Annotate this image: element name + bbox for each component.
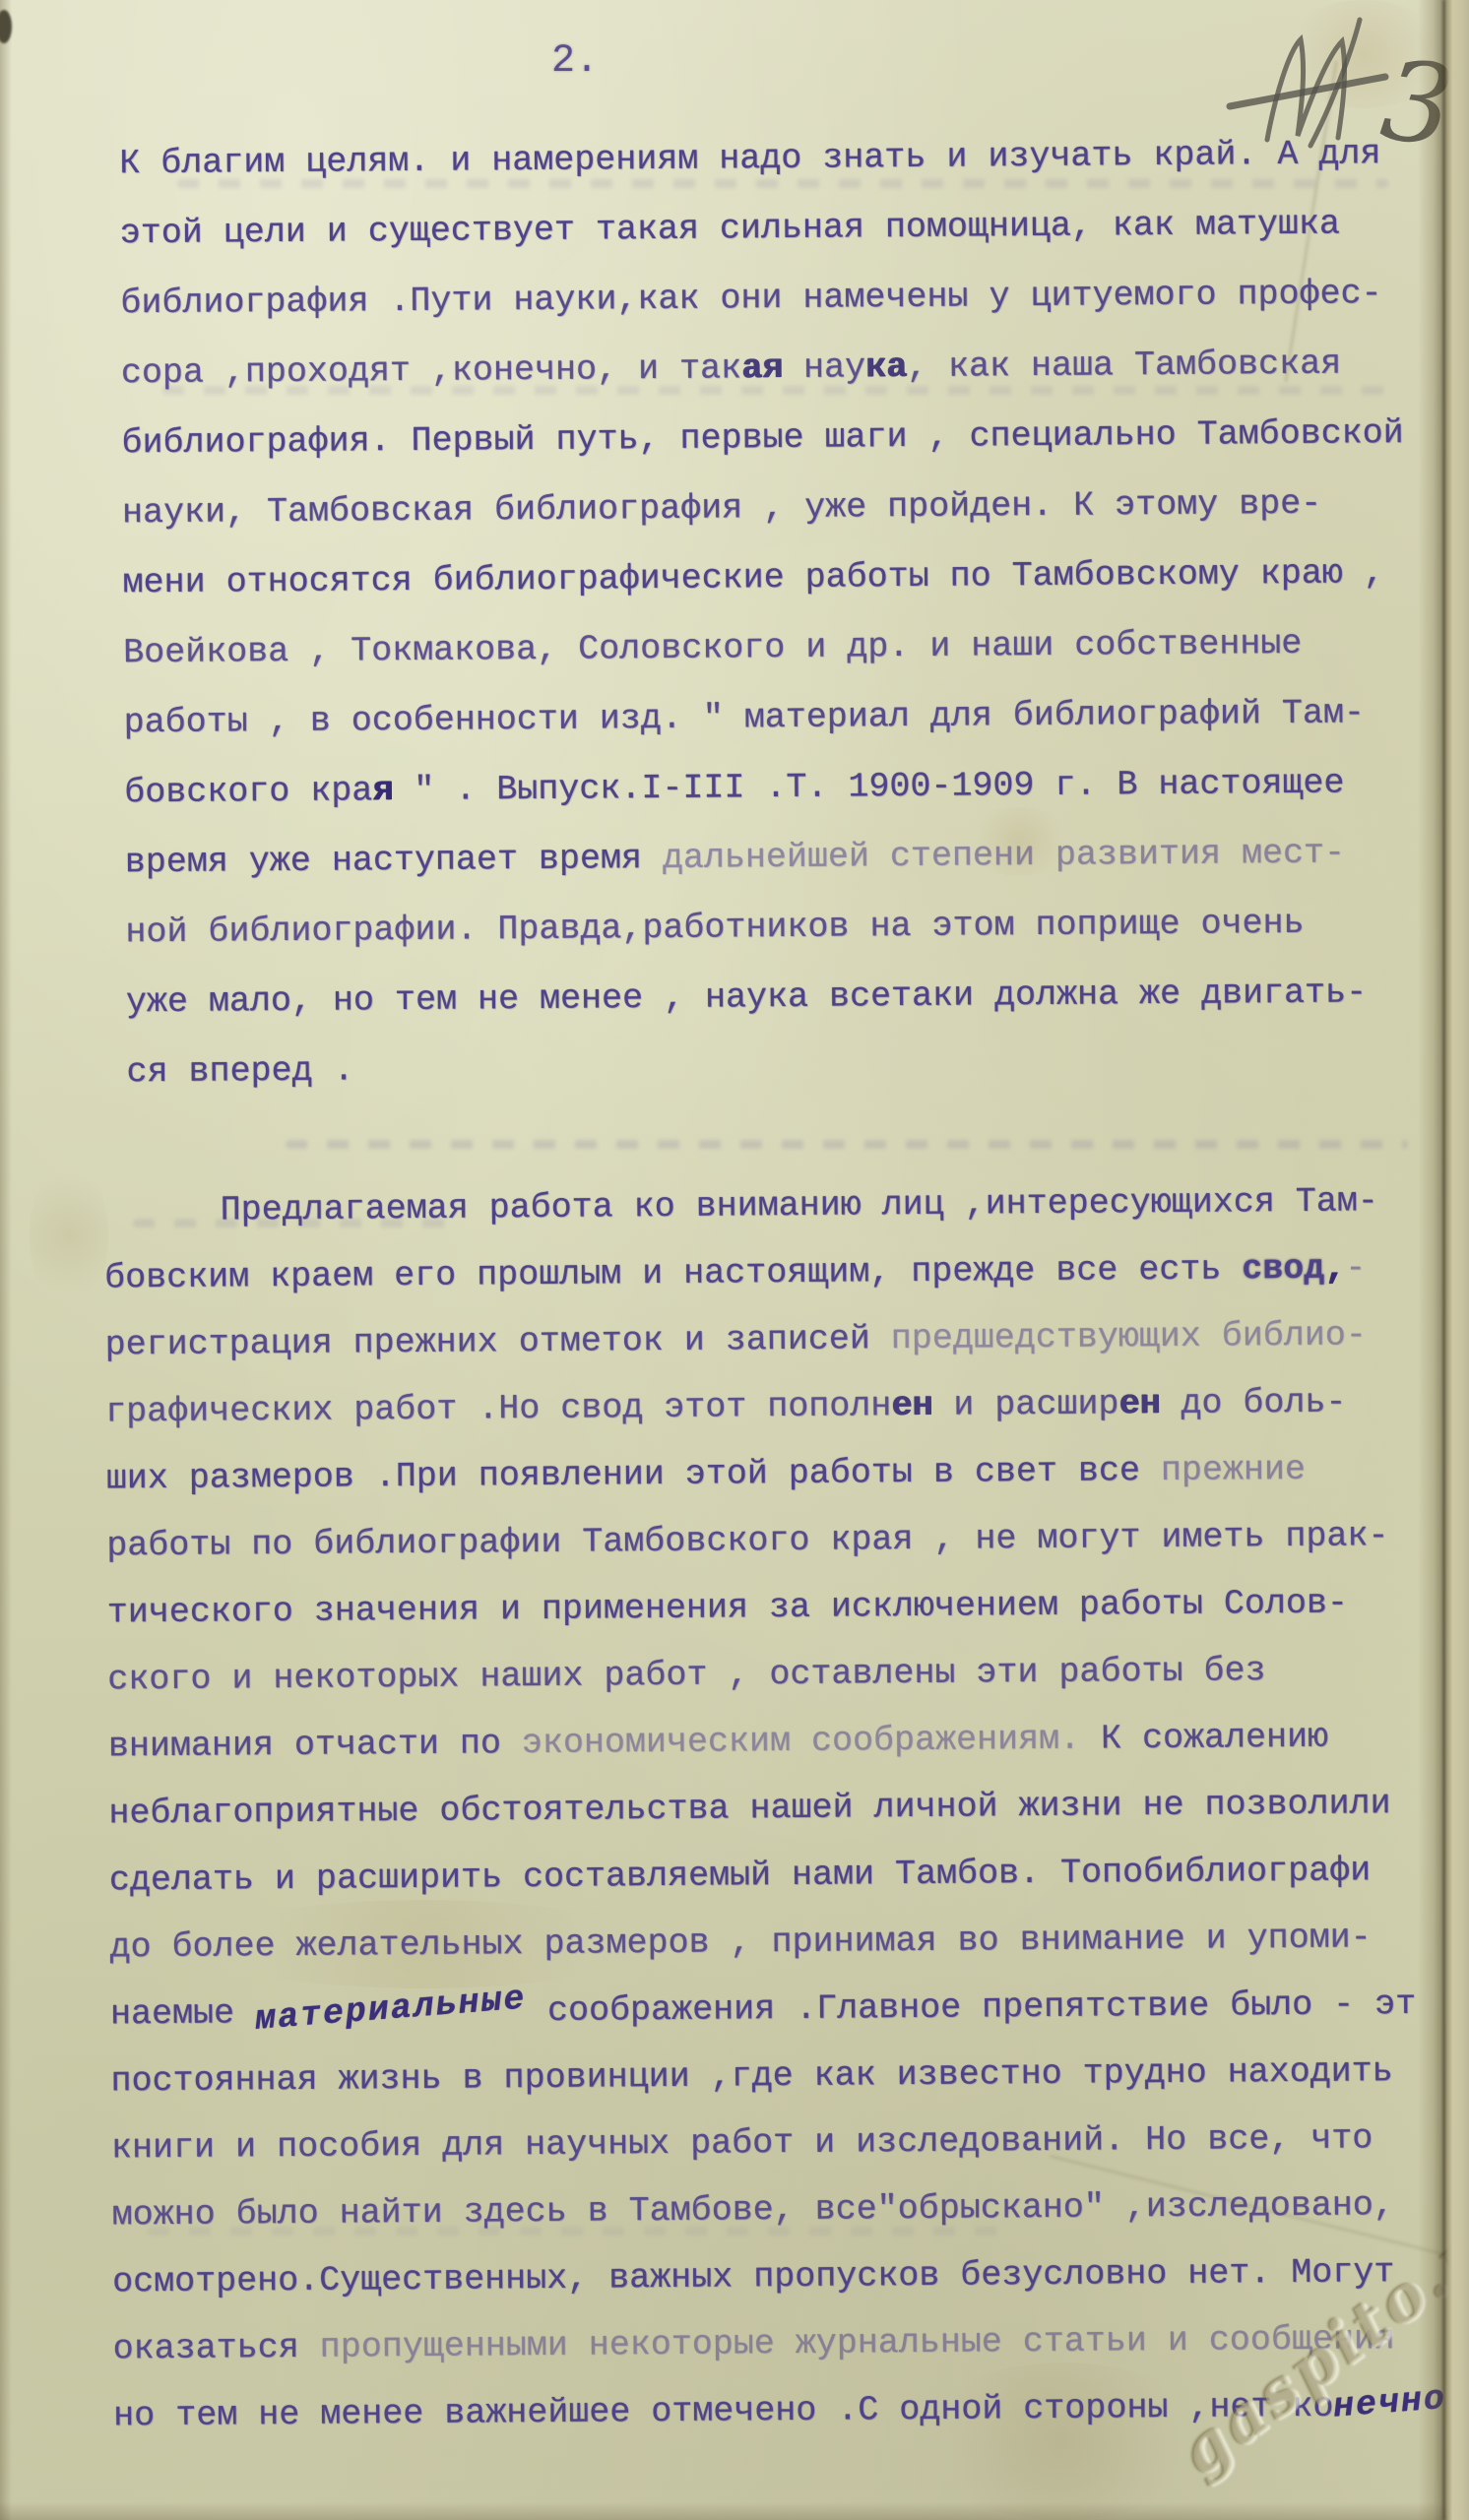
typed-text: ших размеров .При появлении этой работы … <box>106 1451 1161 1498</box>
typed-text: - <box>1345 1248 1366 1288</box>
page-edge-binding <box>1418 0 1469 2520</box>
typed-text: предшедствующих библио- <box>891 1315 1367 1358</box>
typed-text: можно было найти здесь в Тамбове, все"об… <box>111 2185 1393 2235</box>
typed-line: ной библиографии. Правда,работников на э… <box>125 888 1445 969</box>
typed-text: науки, Тамбовская библиография , уже про… <box>122 484 1321 534</box>
typed-line: работы , в особенности изд. " материал д… <box>123 678 1443 759</box>
typed-line: сора ,проходят ,конечно, и такая наука, … <box>121 329 1441 409</box>
typed-text: соображения .Главное препятствие было - … <box>527 1984 1416 2031</box>
typed-text: свод <box>1242 1249 1324 1290</box>
hand-ink-correction: , <box>1324 1249 1345 1289</box>
typed-text: регистрация прежних отметок и записей <box>105 1319 891 1364</box>
typed-text: до более желательных размеров , принимая… <box>109 1918 1371 1967</box>
typed-text: , как наша Тамбовская <box>907 345 1341 387</box>
typed-line: наемые материальные соображения .Главное… <box>110 1971 1453 2048</box>
typed-line: библиография. Первый путь, первые шаги ,… <box>121 399 1441 479</box>
typed-line: К благим целям. и намерениям надо знать … <box>119 119 1439 200</box>
typed-line: мени относятся библиографические работы … <box>122 538 1442 619</box>
typed-line: постоянная жизнь в провинции ,где как из… <box>110 2038 1453 2115</box>
typed-line: можно было найти здесь в Тамбове, все"об… <box>111 2172 1454 2249</box>
paragraph: Предлагаемая работа ко вниманию лиц ,инт… <box>97 1167 1456 2450</box>
document-page: 2. 3 К благим целям. и намерениям надо з… <box>0 0 1469 2520</box>
typed-line: бовского края " . Выпуск.I-III .Т. 1900-… <box>124 748 1444 829</box>
typed-line: внимания отчасти по экономическим сообра… <box>108 1703 1451 1781</box>
typed-text: работы , в особенности изд. " материал д… <box>124 693 1365 742</box>
typed-text: бовским краем его прошлым и настоящим, п… <box>104 1249 1242 1297</box>
typed-line: Воейкова , Токмакова, Соловского и др. и… <box>123 608 1443 689</box>
typed-text: оказаться <box>113 2328 320 2369</box>
typed-text: дальнейшей степени развития мест- <box>663 834 1345 878</box>
typed-line: неблагоприятные обстоятельства нашей лич… <box>108 1770 1451 1848</box>
typed-line: ского и некоторых наших работ , оставлен… <box>107 1636 1450 1714</box>
typed-line: этой цели и существует такая сильная пом… <box>120 189 1440 270</box>
typed-text: постоянная жизнь в провинции ,где как из… <box>110 2051 1392 2101</box>
typed-text: прежние <box>1161 1450 1306 1490</box>
typed-line: тического значения и применения за исклю… <box>107 1569 1450 1647</box>
typed-text: Воейкова , Токмакова, Соловского и др. и… <box>123 624 1302 672</box>
typed-text: экономическим соображениям. <box>522 1720 1080 1763</box>
typed-text: бовского кра <box>124 771 372 812</box>
typed-text: ной библиографии. Правда,работников на э… <box>125 904 1304 952</box>
typed-text: книги и пособия для научных работ и изсл… <box>111 2118 1373 2168</box>
paragraph: К благим целям. и намерениям надо знать … <box>90 119 1446 1108</box>
hand-ink-correction: ка <box>865 347 907 387</box>
typed-line: осмотрено.Существенных, важных пропусков… <box>112 2238 1455 2316</box>
typed-text: до боль- <box>1160 1383 1346 1423</box>
typed-line: графических работ .Но свод этот пополнен… <box>105 1368 1448 1446</box>
hand-ink-correction: я <box>372 771 393 810</box>
typed-line: науки, Тамбовская библиография , уже про… <box>122 469 1442 549</box>
typed-text: но тем не менее важнейшее отмечено .С од… <box>113 2387 1333 2436</box>
page-edge-left <box>0 0 12 2520</box>
typed-text: пропущенными некоторые журнальные статьи… <box>320 2319 1395 2367</box>
typed-text: ся вперед . <box>126 1050 353 1092</box>
typed-line: Предлагаемая работа ко вниманию лиц ,инт… <box>103 1167 1446 1245</box>
typed-text: внимания отчасти по <box>108 1724 522 1766</box>
typed-text: библиография. Первый путь, первые шаги ,… <box>121 413 1403 463</box>
typed-line: ся вперед . <box>126 1028 1446 1108</box>
typed-text: К благим целям. и намерениям надо знать … <box>119 134 1380 183</box>
typed-line: регистрация прежних отметок и записей пр… <box>104 1301 1447 1379</box>
typed-text: наемые <box>110 1993 255 2034</box>
typed-text: ского и некоторых наших работ , оставлен… <box>107 1651 1265 1699</box>
typed-text: сделать и расширить составляемый нами Та… <box>109 1851 1371 1900</box>
strike-through-stroke <box>1230 77 1385 106</box>
page-number: 2. <box>551 39 599 84</box>
typed-text: К сожалению <box>1080 1718 1328 1759</box>
typed-text: нау <box>783 347 865 388</box>
typed-text: сора ,проходят ,конечно, и так <box>121 348 741 393</box>
typed-line: работы по библиографии Тамбовского края … <box>106 1502 1449 1580</box>
hand-ink-correction: ен <box>891 1386 932 1425</box>
typed-line: до более желательных размеров , принимая… <box>109 1904 1452 1982</box>
typed-text: мени относятся библиографические работы … <box>122 553 1383 602</box>
typed-line: время уже наступает время дальнейшей сте… <box>125 818 1445 899</box>
typed-line: сделать и расширить составляемый нами Та… <box>109 1837 1452 1915</box>
typed-line: уже мало, но тем не менее , наука всетак… <box>126 958 1446 1039</box>
typed-text: неблагоприятные обстоятельства нашей лич… <box>108 1784 1390 1833</box>
typed-text: Предлагаемая работа ко вниманию лиц ,инт… <box>220 1181 1377 1229</box>
typed-text: " . Выпуск.I-III .Т. 1900-1909 г. В наст… <box>393 764 1344 811</box>
typed-line: ших размеров .При появлении этой работы … <box>105 1435 1448 1513</box>
typed-text: графических работ .Но свод этот пополн <box>105 1386 891 1431</box>
typed-text: тического значения и применения за исклю… <box>107 1584 1348 1633</box>
hand-ink-correction: ая <box>741 348 783 388</box>
typed-line: бовским краем его прошлым и настоящим, п… <box>104 1234 1447 1312</box>
typed-text: время уже наступает время <box>125 839 663 882</box>
typed-text: и расшир <box>932 1384 1118 1424</box>
typed-text: уже мало, но тем не менее , наука всетак… <box>126 973 1367 1022</box>
typed-text: этой цели и существует такая сильная пом… <box>120 205 1340 254</box>
typed-text: библиография .Пути науки,как они намечен… <box>120 274 1381 323</box>
typed-line: книги и пособия для научных работ и изсл… <box>111 2105 1454 2182</box>
typed-text: работы по библиографии Тамбовского края … <box>106 1516 1388 1565</box>
paper-stain <box>30 1162 108 1309</box>
hand-ink-correction: ен <box>1118 1384 1160 1423</box>
typed-text: осмотрено.Существенных, важных пропусков… <box>112 2252 1394 2301</box>
page-edge-bottom <box>0 2502 1469 2520</box>
typed-line: библиография .Пути науки,как они намечен… <box>120 259 1440 340</box>
typed-text-block: К благим целям. и намерениям надо знать … <box>90 119 1456 2450</box>
